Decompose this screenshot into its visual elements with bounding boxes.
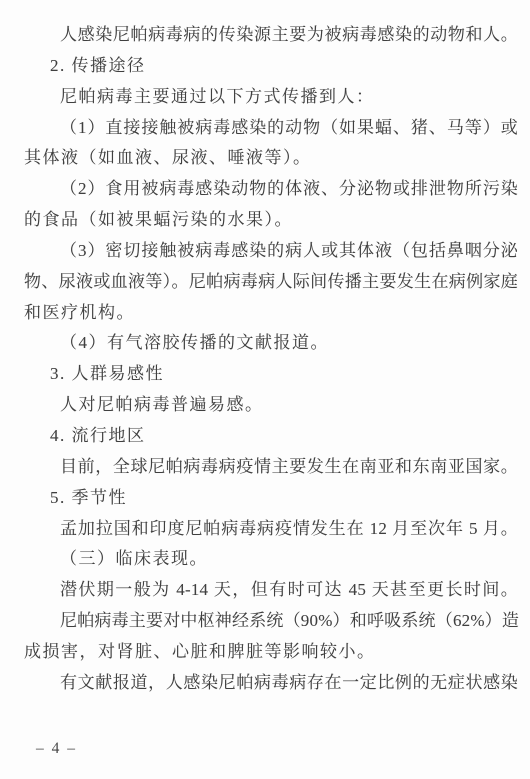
text-line: 尼帕病毒主要通过以下方式传播到人： — [24, 82, 518, 113]
heading-line: 4. 流行地区 — [24, 421, 518, 452]
document-page: 人感染尼帕病毒病的传染源主要为被病毒感染的动物和人。 2. 传播途径 尼帕病毒主… — [0, 0, 530, 779]
text-line: 有文献报道，人感染尼帕病毒病存在一定比例的无症状感染 — [24, 668, 518, 699]
text-line: （3）密切接触被病毒感染的病人或其体液（包括鼻咽分泌 — [24, 236, 518, 267]
page-footer: – 4 – — [36, 740, 77, 758]
text-line: 孟加拉国和印度尼帕病毒病疫情发生在 12 月至次年 5 月。 — [24, 514, 518, 545]
heading-line: 2. 传播途径 — [24, 51, 518, 82]
text-line: 其体液（如血液、尿液、唾液等）。 — [24, 143, 518, 174]
text-line: 和医疗机构。 — [24, 298, 518, 329]
text-line: 物、尿液或血液等）。尼帕病毒病人际间传播主要发生在病例家庭 — [24, 267, 518, 298]
text-line: 潜伏期一般为 4-14 天，但有时可达 45 天甚至更长时间。 — [24, 575, 518, 606]
text-line: 成损害，对肾脏、心脏和脾脏等影响较小。 — [24, 637, 518, 668]
page-number: – 4 – — [36, 740, 77, 757]
text-line: 的食品（如被果蝠污染的水果）。 — [24, 205, 518, 236]
text-line: 人感染尼帕病毒病的传染源主要为被病毒感染的动物和人。 — [24, 20, 518, 51]
text-line: （4）有气溶胶传播的文献报道。 — [24, 328, 518, 359]
document-content: 人感染尼帕病毒病的传染源主要为被病毒感染的动物和人。 2. 传播途径 尼帕病毒主… — [0, 0, 530, 699]
heading-line: （三）临床表现。 — [24, 544, 518, 575]
heading-line: 3. 人群易感性 — [24, 359, 518, 390]
text-line: （2）食用被病毒感染动物的体液、分泌物或排泄物所污染 — [24, 174, 518, 205]
text-line: 人对尼帕病毒普遍易感。 — [24, 390, 518, 421]
text-line: （1）直接接触被病毒感染的动物（如果蝠、猪、马等）或 — [24, 113, 518, 144]
heading-line: 5. 季节性 — [24, 483, 518, 514]
text-line: 尼帕病毒主要对中枢神经系统（90%）和呼吸系统（62%）造 — [24, 606, 518, 637]
text-line: 目前，全球尼帕病毒病疫情主要发生在南亚和东南亚国家。 — [24, 452, 518, 483]
